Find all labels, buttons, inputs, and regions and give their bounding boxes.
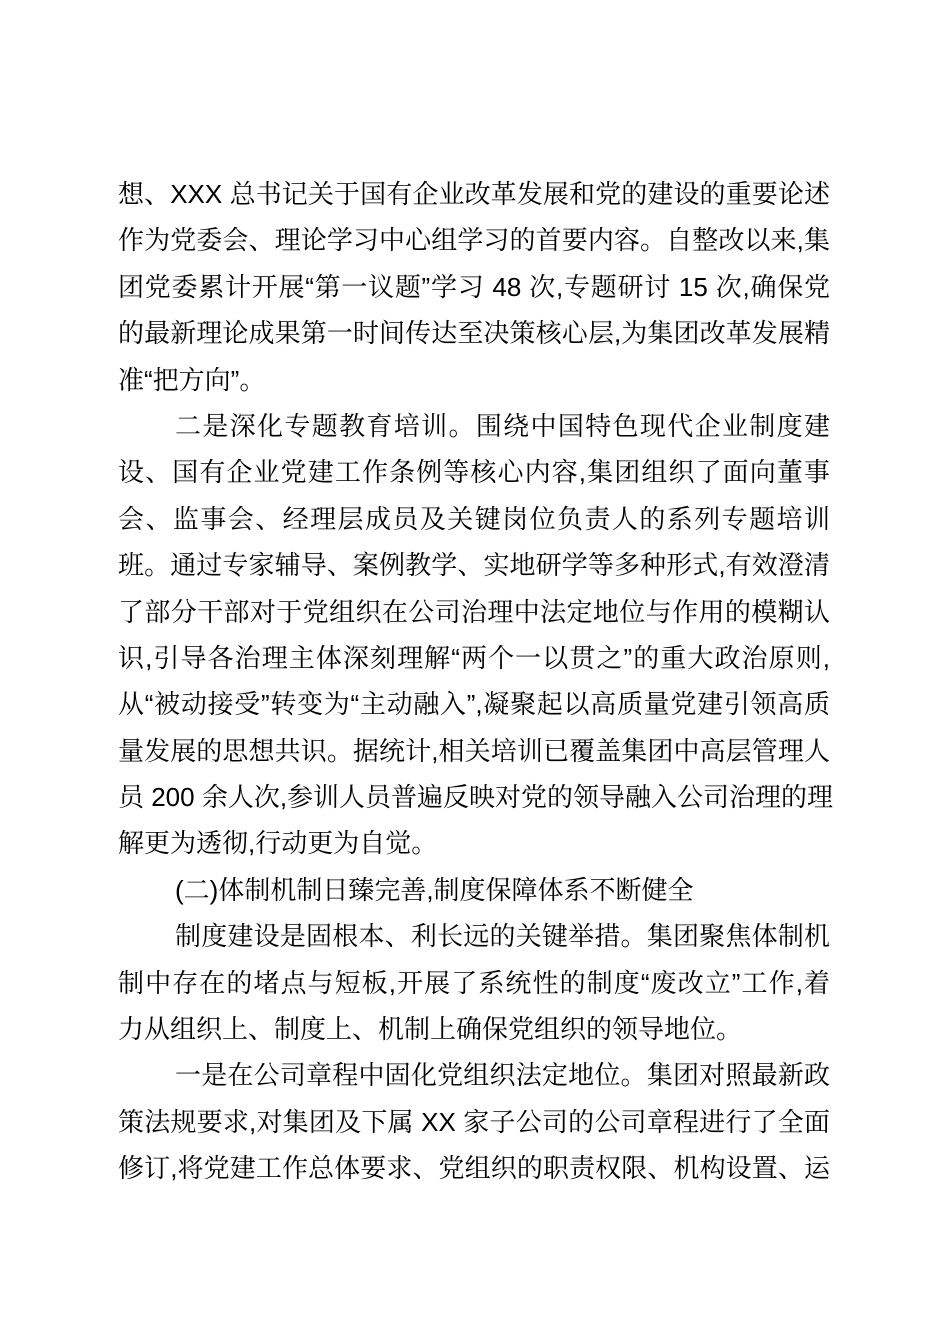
- text-line: 员 200 余人次,参训人员普遍反映对党的领导融入公司治理的理: [118, 774, 830, 820]
- text-line: 会、监事会、经理层成员及关键岗位负责人的系列专题培训: [118, 496, 830, 542]
- section-heading: (二)体制机制日臻完善,制度保障体系不断健全: [118, 867, 830, 913]
- text-line: 解更为透彻,行动更为自觉。: [118, 820, 830, 866]
- text-line: 作为党委会、理论学习中心组学习的首要内容。自整改以来,集: [118, 217, 830, 263]
- text-line: 量发展的思想共识。据统计,相关培训已覆盖集团中高层管理人: [118, 728, 830, 774]
- text-line: 了部分干部对于党组织在公司治理中法定地位与作用的模糊认: [118, 589, 830, 635]
- text-line: 团党委累计开展“第一议题”学习 48 次,专题研讨 15 次,确保党: [118, 264, 830, 310]
- paragraph-first-line: 一是在公司章程中固化党组织法定地位。集团对照最新政: [118, 1052, 830, 1098]
- text-line: 设、国有企业党建工作条例等核心内容,集团组织了面向董事: [118, 449, 830, 495]
- paragraph-first-line: 二是深化专题教育培训。围绕中国特色现代企业制度建: [118, 403, 830, 449]
- text-line: 制中存在的堵点与短板,开展了系统性的制度“废改立”工作,着: [118, 960, 830, 1006]
- text-line: 策法规要求,对集团及下属 XX 家子公司的公司章程进行了全面: [118, 1099, 830, 1145]
- text-line: 力从组织上、制度上、机制上确保党组织的领导地位。: [118, 1006, 830, 1052]
- text-line: 的最新理论成果第一时间传达至决策核心层,为集团改革发展精: [118, 310, 830, 356]
- paragraph-first-line: 制度建设是固根本、利长远的关键举措。集团聚焦体制机: [118, 913, 830, 959]
- document-page: 想、XXX 总书记关于国有企业改革发展和党的建设的重要论述 作为党委会、理论学习…: [0, 0, 950, 1344]
- text-line: 准“把方向”。: [118, 357, 830, 403]
- document-text-block: 想、XXX 总书记关于国有企业改革发展和党的建设的重要论述 作为党委会、理论学习…: [118, 171, 830, 1192]
- text-line: 识,引导各治理主体深刻理解“两个一以贯之”的重大政治原则,: [118, 635, 830, 681]
- text-line: 修订,将党建工作总体要求、党组织的职责权限、机构设置、运: [118, 1145, 830, 1191]
- text-line: 从“被动接受”转变为“主动融入”,凝聚起以高质量党建引领高质: [118, 681, 830, 727]
- text-line: 想、XXX 总书记关于国有企业改革发展和党的建设的重要论述: [118, 171, 830, 217]
- text-line: 班。通过专家辅导、案例教学、实地研学等多种形式,有效澄清: [118, 542, 830, 588]
